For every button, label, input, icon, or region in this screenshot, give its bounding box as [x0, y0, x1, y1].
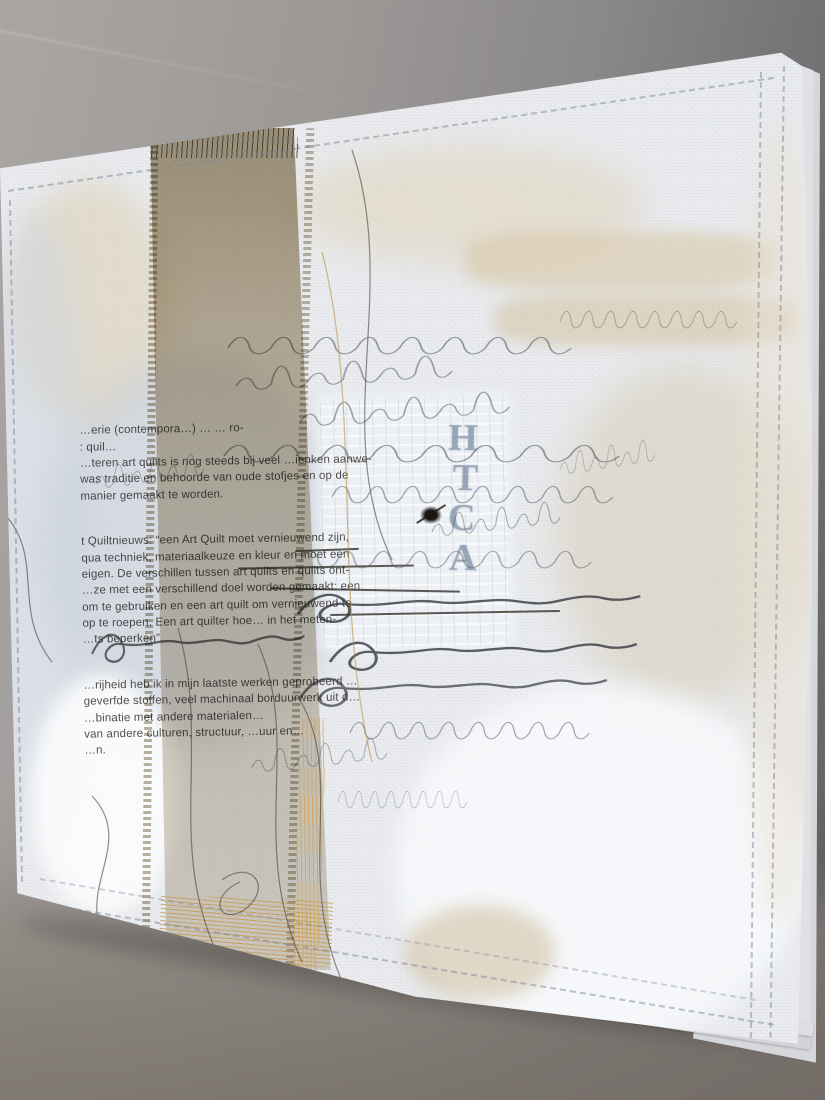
- stamped-letter: A: [449, 538, 477, 578]
- black-ink-blot: [420, 506, 442, 524]
- strip-frayed-left-edge: [142, 128, 159, 970]
- stamped-letter: C: [448, 498, 476, 538]
- photo-of-art-quilt: …erie (contempora…) … … ro- : quil… …ter…: [0, 0, 825, 1100]
- vertical-stamped-letters: H T C A: [429, 417, 496, 578]
- stamped-letter: H: [448, 418, 478, 459]
- stamped-letter: T: [452, 458, 478, 498]
- dry-brush-stain-band: [465, 232, 775, 290]
